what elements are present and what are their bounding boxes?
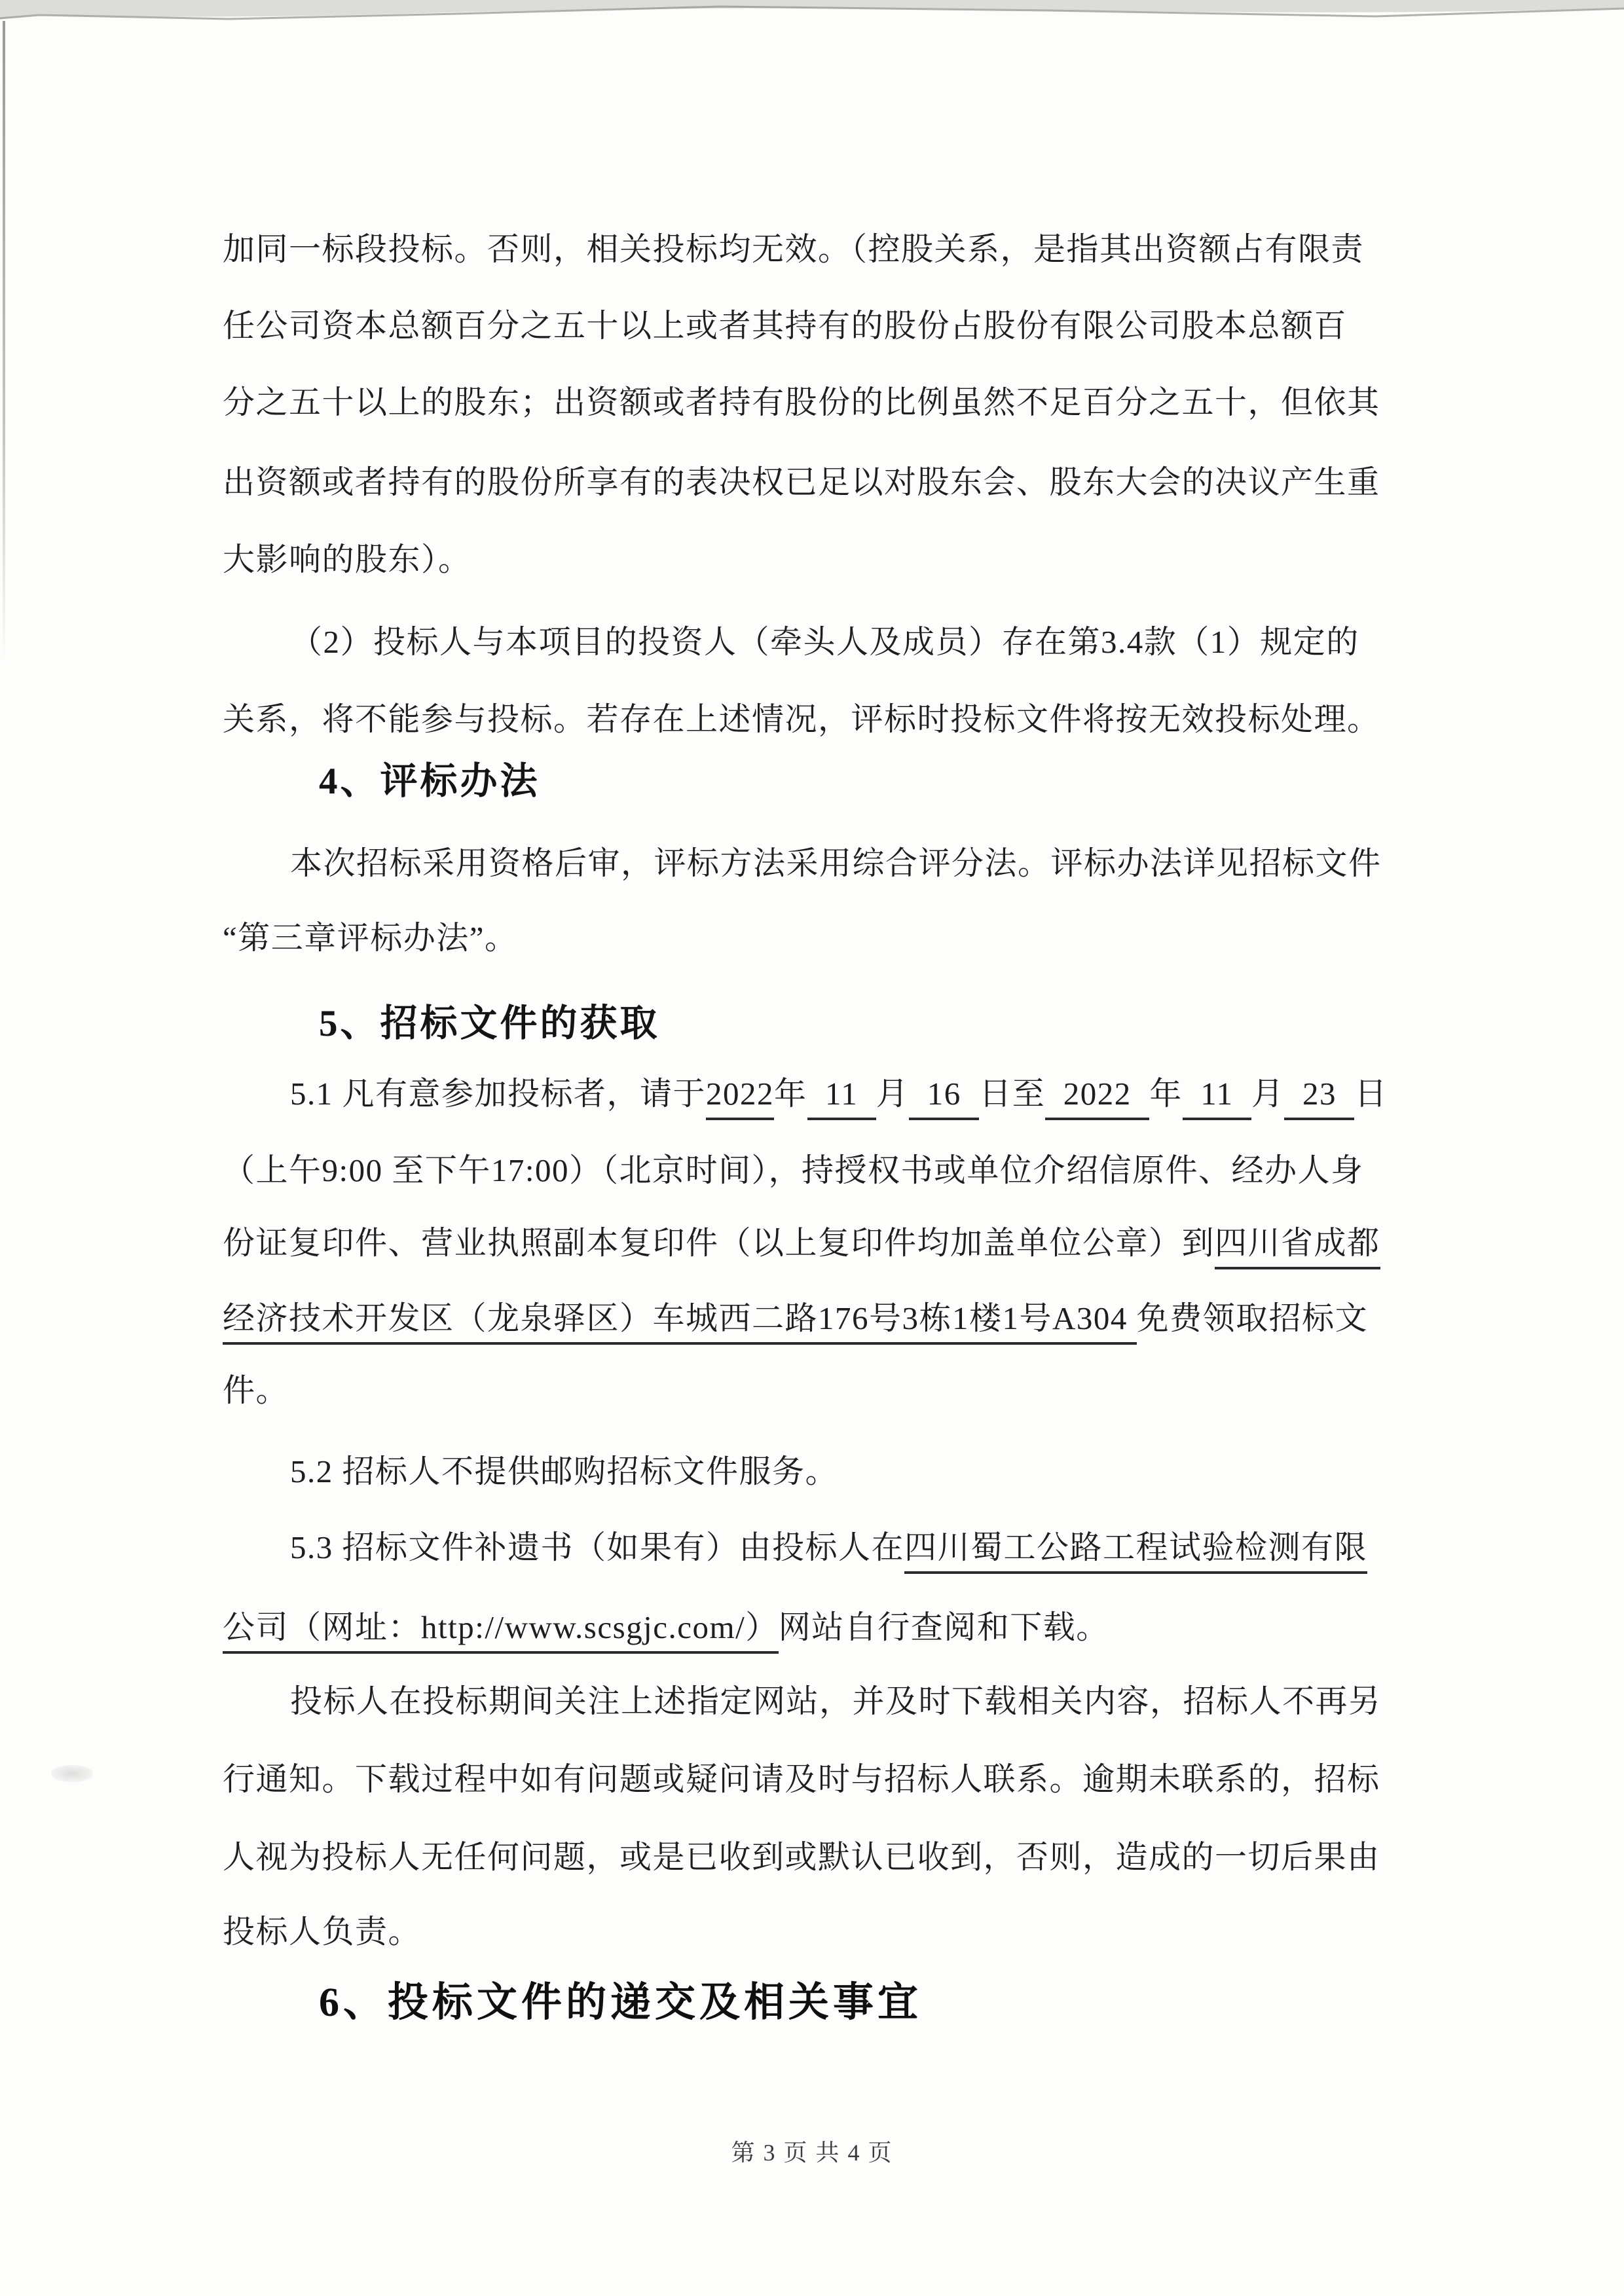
body-line: 任公司资本总额百分之五十以上或者其持有的股份占股份有限公司股本总额百 xyxy=(223,306,1454,346)
underlined-blank-month-to: 11 xyxy=(1183,1076,1251,1120)
body-line: 关系，将不能参与投标。若存在上述情况，评标时投标文件将按无效投标处理。 xyxy=(223,699,1454,739)
section-heading-4: 4、评标办法 xyxy=(319,759,540,804)
page-footer: 第 3 页 共 4 页 xyxy=(0,2134,1624,2168)
text-segment: 5.1 凡有意参加投标者，请于 xyxy=(290,1076,706,1112)
body-line: 投标人在投标期间关注上述指定网站，并及时下载相关内容，招标人不再另 xyxy=(290,1681,1521,1721)
body-line-address-start: 份证复印件、营业执照副本复印件（以上复印件均加盖单位公章）到四川省成都 xyxy=(223,1223,1454,1263)
section-heading-6: 6、投标文件的递交及相关事宜 xyxy=(319,1978,922,2027)
body-line: “第三章评标办法”。 xyxy=(223,918,1454,958)
body-line: 出资额或者持有的股份所享有的表决权已足以对股东会、股东大会的决议产生重 xyxy=(223,462,1454,502)
body-line: （2）投标人与本项目的投资人（牵头人及成员）存在第3.4款（1）规定的 xyxy=(290,622,1521,662)
text-segment: 5.3 招标文件补遗书（如果有）由投标人在 xyxy=(290,1529,904,1565)
text-segment: 网站自行查阅和下载。 xyxy=(779,1609,1109,1645)
text-segment: 年 xyxy=(1149,1076,1183,1112)
body-line-company-url: 公司（网址：http://www.scsgjc.com/）网站自行查阅和下载。 xyxy=(223,1607,1454,1647)
underlined-company-url: 公司（网址：http://www.scsgjc.com/） xyxy=(223,1609,779,1654)
body-line: 本次招标采用资格后审，评标方法采用综合评分法。评标办法详见招标文件 xyxy=(290,843,1521,883)
body-line: （上午9:00 至下午17:00）（北京时间），持授权书或单位介绍信原件、经办人… xyxy=(223,1150,1454,1190)
underlined-blank-year-to: 2022 xyxy=(1045,1076,1149,1120)
body-line-address-end: 经济技术开发区（龙泉驿区）车城西二路176号3栋1楼1号A304 免费领取招标文 xyxy=(223,1298,1454,1338)
body-line-company-start: 5.3 招标文件补遗书（如果有）由投标人在四川蜀工公路工程试验检测有限 xyxy=(290,1527,1521,1567)
body-line: 件。 xyxy=(223,1370,1454,1410)
text-segment: 月 xyxy=(1251,1076,1285,1112)
section-heading-5: 5、招标文件的获取 xyxy=(319,1002,660,1046)
text-segment: 免费领取招标文 xyxy=(1137,1300,1369,1336)
underlined-address-text: 经济技术开发区（龙泉驿区）车城西二路176号3栋1楼1号A304 xyxy=(223,1300,1137,1345)
underlined-blank-month-from: 11 xyxy=(807,1076,876,1120)
body-line: 分之五十以上的股东；出资额或者持有股份的比例虽然不足百分之五十，但依其 xyxy=(223,382,1454,422)
body-line-dates: 5.1 凡有意参加投标者，请于2022年 11 月 16 日至 2022 年 1… xyxy=(290,1074,1521,1114)
scan-left-edge-line xyxy=(3,21,5,663)
body-line: 大影响的股东）。 xyxy=(223,539,1454,579)
text-segment: 份证复印件、营业执照副本复印件（以上复印件均加盖单位公章）到 xyxy=(223,1225,1215,1261)
underlined-blank-day-from: 16 xyxy=(909,1076,979,1120)
body-line: 5.2 招标人不提供邮购招标文件服务。 xyxy=(290,1451,1521,1491)
scan-top-edge-artifact xyxy=(0,0,1624,33)
body-line: 人视为投标人无任何问题，或是已收到或默认已收到，否则，造成的一切后果由 xyxy=(223,1837,1454,1877)
text-segment: 日至 xyxy=(979,1076,1045,1112)
text-segment: 月 xyxy=(876,1076,910,1112)
underlined-blank-day-to: 23 xyxy=(1284,1076,1354,1120)
scanned-document-page: 加同一标段投标。否则，相关投标均无效。（控股关系，是指其出资额占有限责 任公司资… xyxy=(0,0,1624,2296)
body-line: 投标人负责。 xyxy=(223,1912,1454,1952)
underlined-blank-year-from: 2022 xyxy=(706,1076,774,1120)
text-segment: 年 xyxy=(774,1076,807,1112)
scan-smudge xyxy=(51,1765,93,1782)
body-line: 行通知。下载过程中如有问题或疑问请及时与招标人联系。逾期未联系的，招标 xyxy=(223,1759,1454,1799)
underlined-company-name: 四川蜀工公路工程试验检测有限 xyxy=(904,1529,1367,1574)
underlined-address-text: 四川省成都 xyxy=(1215,1225,1380,1269)
text-segment: 日 xyxy=(1354,1076,1388,1112)
body-line: 加同一标段投标。否则，相关投标均无效。（控股关系，是指其出资额占有限责 xyxy=(223,229,1454,269)
